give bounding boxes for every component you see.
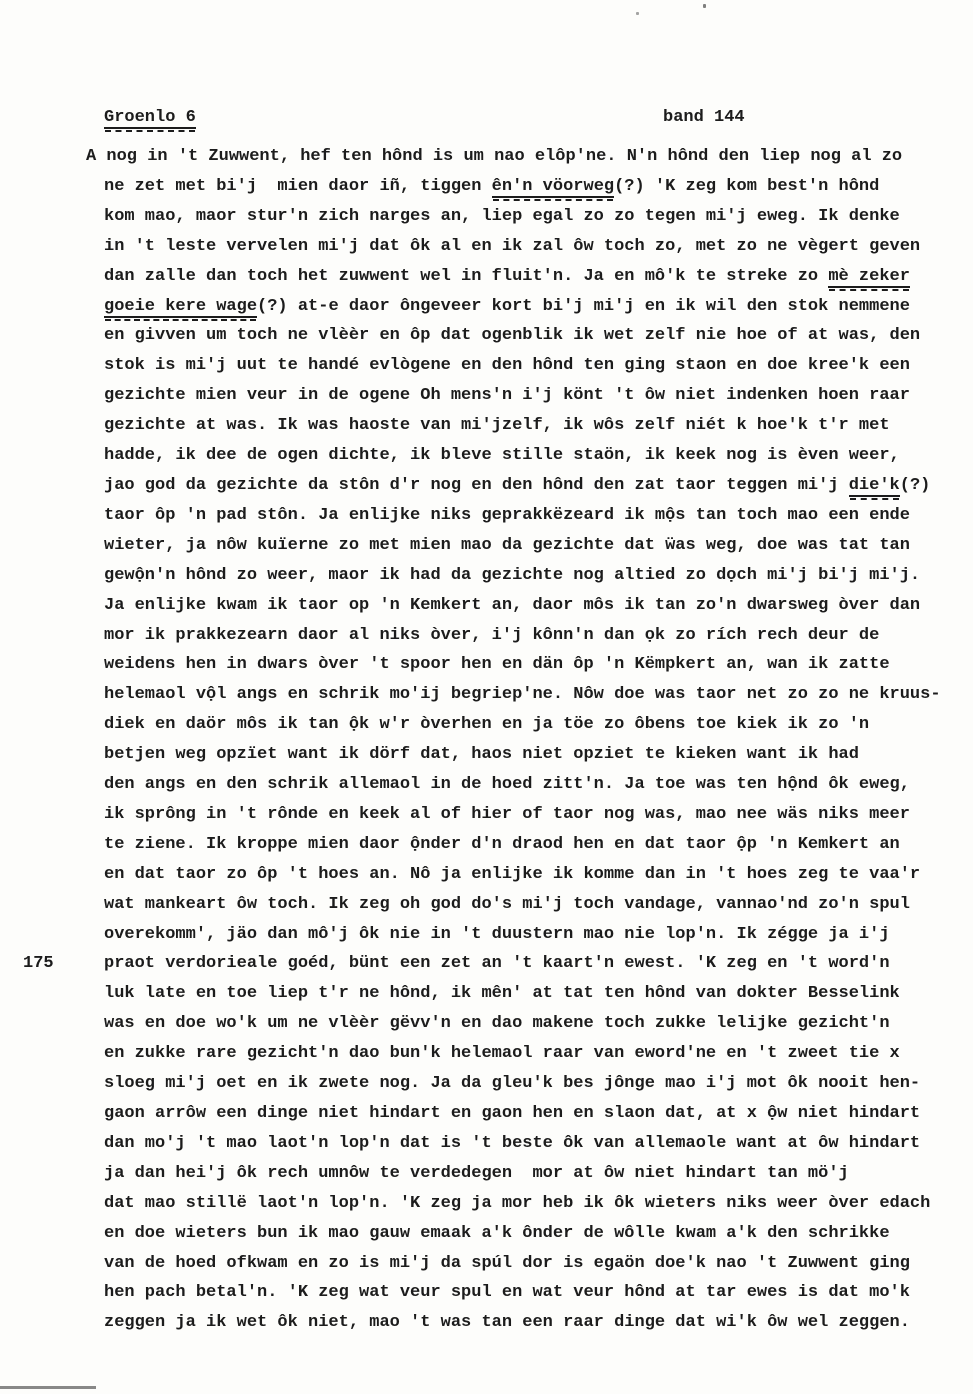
text-segment: sloeg mi'j oet en ik zwete nog. Ja da gl… [104,1074,920,1093]
text-segment: mor ik prakkezearn daor al niks òver, i'… [104,626,879,645]
transcript-line: was en doe wo'k um ne vlèèr gëvv'n en da… [0,1009,973,1039]
transcript-line: gezichte mien veur in de ogene Oh mens'n… [0,381,973,411]
text-segment: dat mao stillë laot'n lop'n. 'K zeg ja m… [104,1194,930,1213]
text-segment: wat mankeart ôw toch. Ik zeg oh god do's… [104,895,910,914]
transcript-line: A nog in 't Zuwwent, hef ten hônd is um … [0,142,973,172]
text-segment: helemaol vộl angs en schrik mo'ij begrie… [104,685,941,704]
transcript-line: van de hoed ofkwam en zo is mi'j da spúl… [0,1249,973,1279]
text-segment: praot verdorieale goéd, bünt een zet an … [104,954,890,973]
transcript-line: jao god da gezichte da stôn d'r nog en d… [0,471,973,501]
text-segment: wieter, ja nôw kuïerne zo met mien mao d… [104,536,910,555]
underlined-phrase: die'k [849,476,900,497]
transcript-line: gewộn'n hônd zo weer, maor ik had da gez… [0,561,973,591]
transcript-line: in 't leste vervelen mi'j dat ôk al en i… [0,232,973,262]
transcript-line: hen pach betal'n. 'K zeg wat veur spul e… [0,1278,973,1308]
transcript-line: zeggen ja ik wet ôk niet, mao 't was tan… [0,1308,973,1338]
text-segment: luk late en toe liep t'r ne hônd, ik mên… [104,984,900,1003]
transcript-line: en doe wieters bun ik mao gauw emaak a'k… [0,1219,973,1249]
transcript-line: betjen weg opzïet want ik dörf dat, haos… [0,740,973,770]
transcript-line: goeie kere wage(?) at-e daor ôngeveer ko… [0,292,973,322]
text-segment: gezichte mien veur in de ogene Oh mens'n… [104,386,910,405]
transcript-line: dan zalle dan toch het zuwwent wel in fl… [0,262,973,292]
text-segment: was en doe wo'k um ne vlèèr gëvv'n en da… [104,1014,890,1033]
transcript-line: stok is mi'j uut te handé evlògene en de… [0,351,973,381]
transcript-line: helemaol vộl angs en schrik mo'ij begrie… [0,680,973,710]
text-segment: (?) at-e daor ôngeveer kort bi'j mi'j en… [257,297,910,316]
underlined-phrase: mè zeker [828,267,910,288]
transcript-line: te ziene. Ik kroppe mien daor ộnder d'n … [0,830,973,860]
text-segment: gezichte at was. Ik was haoste van mi'jz… [104,416,890,435]
scan-edge-mark [0,1386,96,1389]
text-segment: en doe wieters bun ik mao gauw emaak a'k… [104,1224,890,1243]
transcript-line: praot verdorieale goéd, bünt een zet an … [0,949,973,979]
text-segment: gaon arrôw een dinge niet hindart en gao… [104,1104,920,1123]
document-page: Groenlo 6 band 144 175 A nog in 't Zuwwe… [0,0,973,1394]
transcript-line: den angs en den schrik allemaol in de ho… [0,770,973,800]
transcript-line: wieter, ja nôw kuïerne zo met mien mao d… [0,531,973,561]
transcript-line: gaon arrôw een dinge niet hindart en gao… [0,1099,973,1129]
transcript-line: ik sprông in 't rônde en keek al of hier… [0,800,973,830]
text-segment: ja dan hei'j ôk rech umnôw te verdedegen… [104,1164,849,1183]
text-segment: betjen weg opzïet want ik dörf dat, haos… [104,745,859,764]
transcript-line: weidens hen in dwars òver 't spoor hen e… [0,650,973,680]
text-segment: hen pach betal'n. 'K zeg wat veur spul e… [104,1283,910,1302]
transcript-line: dat mao stillë laot'n lop'n. 'K zeg ja m… [0,1189,973,1219]
text-segment: Ja enlijke kwam ik taor op 'n Kemkert an… [104,596,920,615]
scan-speck [703,4,706,8]
transcript-line: mor ik prakkezearn daor al niks òver, i'… [0,621,973,651]
text-segment: zeggen ja ik wet ôk niet, mao 't was tan… [104,1313,910,1332]
text-segment: te ziene. Ik kroppe mien daor ộnder d'n … [104,835,900,854]
text-segment: dan zalle dan toch het zuwwent wel in fl… [104,267,828,286]
transcript-line: en givven um toch ne vlèèr en ôp dat oge… [0,321,973,351]
text-segment: en dat taor zo ôp 't hoes an. Nô ja enli… [104,865,920,884]
text-segment: kom mao, maor stur'n zich narges an, lie… [104,207,900,226]
text-segment: (?) 'K zeg kom best'n hônd [614,177,879,196]
transcript: A nog in 't Zuwwent, hef ten hônd is um … [0,142,973,1338]
text-segment: dan mo'j 't mao laot'n lop'n dat is 't b… [104,1134,920,1153]
transcript-line: en zukke rare gezicht'n dao bun'k helema… [0,1039,973,1069]
transcript-line: luk late en toe liep t'r ne hônd, ik mên… [0,979,973,1009]
text-segment: hadde, ik dee de ogen dichte, ik bleve s… [104,446,900,465]
transcript-line: Ja enlijke kwam ik taor op 'n Kemkert an… [0,591,973,621]
page-title: Groenlo 6 [104,108,196,129]
underlined-phrase: ên'n vöorweg [492,177,614,198]
text-segment: A nog in 't Zuwwent, hef ten hônd is um … [86,147,902,166]
text-segment: gewộn'n hônd zo weer, maor ik had da gez… [104,566,920,585]
transcript-line: sloeg mi'j oet en ik zwete nog. Ja da gl… [0,1069,973,1099]
transcript-line: ja dan hei'j ôk rech umnôw te verdedegen… [0,1159,973,1189]
text-segment: in 't leste vervelen mi'j dat ôk al en i… [104,237,920,256]
band-label: band 144 [663,107,745,129]
text-segment: stok is mi'j uut te handé evlògene en de… [104,356,910,375]
transcript-line: gezichte at was. Ik was haoste van mi'jz… [0,411,973,441]
text-segment: den angs en den schrik allemaol in de ho… [104,775,910,794]
underlined-phrase: goeie kere wage [104,297,257,318]
transcript-line: wat mankeart ôw toch. Ik zeg oh god do's… [0,890,973,920]
transcript-line: en dat taor zo ôp 't hoes an. Nô ja enli… [0,860,973,890]
transcript-line: taor ôp 'n pad stôn. Ja enlijke niks gep… [0,501,973,531]
text-segment: jao god da gezichte da stôn d'r nog en d… [104,476,849,495]
transcript-line: diek en daör môs ik tan ộk w'r òverhen e… [0,710,973,740]
text-segment: diek en daör môs ik tan ộk w'r òverhen e… [104,715,869,734]
text-segment: van de hoed ofkwam en zo is mi'j da spúl… [104,1254,910,1273]
text-segment: ne zet met bi'j mien daor iñ, tiggen [104,177,492,196]
text-segment: en zukke rare gezicht'n dao bun'k helema… [104,1044,900,1063]
text-segment: taor ôp 'n pad stôn. Ja enlijke niks gep… [104,506,910,525]
transcript-line: kom mao, maor stur'n zich narges an, lie… [0,202,973,232]
transcript-line: overekomm', jäo dan mô'j ôk nie in 't du… [0,920,973,950]
transcript-line: dan mo'j 't mao laot'n lop'n dat is 't b… [0,1129,973,1159]
text-segment: weidens hen in dwars òver 't spoor hen e… [104,655,890,674]
text-segment: (?) [900,476,931,495]
text-segment: ik sprông in 't rônde en keek al of hier… [104,805,910,824]
transcript-line: hadde, ik dee de ogen dichte, ik bleve s… [0,441,973,471]
transcript-line: ne zet met bi'j mien daor iñ, tiggen ên'… [0,172,973,202]
text-segment: en givven um toch ne vlèèr en ôp dat oge… [104,326,920,345]
scan-speck [636,12,639,15]
text-segment: overekomm', jäo dan mô'j ôk nie in 't du… [104,925,890,944]
